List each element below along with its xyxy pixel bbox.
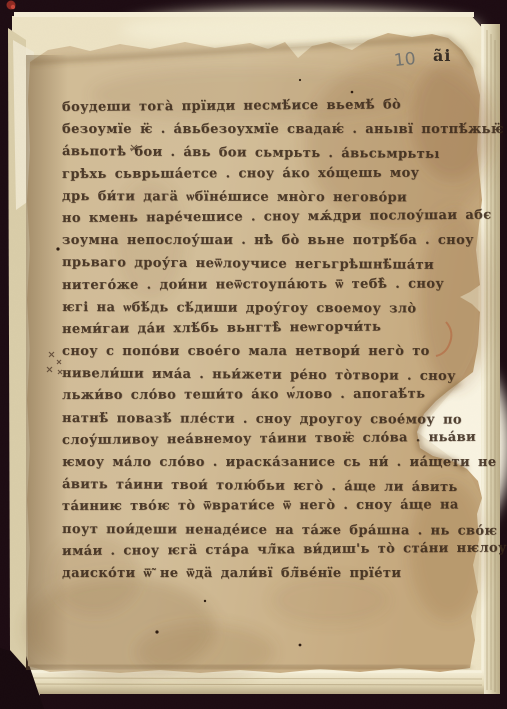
text-line: льжи́во сло́во теши́то а́ко ѡ́лово . апо… xyxy=(62,384,462,408)
text-line: нитего́же . дои́ни неѿстоупа́ють ѿ тебѣ̀… xyxy=(62,273,462,297)
text-line: слоу́шливоу неа́внемоу та́ини твоѥ̈ сло́… xyxy=(62,427,462,452)
red-speck xyxy=(7,1,16,10)
text-line: зоумна непослоу́шаи . нѣ бо̀ вьне потрѣ́… xyxy=(62,230,462,252)
manuscript-photo: 10 а̃і боудеши тога̀ прїиди несмѣ́исе вь… xyxy=(0,0,507,709)
text-line: даиско́ти ѿ̃ не ѿдӓ дали́вї бл̃ве́нїе пр… xyxy=(62,563,462,585)
cyrillic-folio-number: а̃і xyxy=(433,46,451,65)
text-line: сноу с попо́ви свое́го мала нетвори́ нег… xyxy=(62,341,462,363)
manuscript-text-block: боудеши тога̀ прїиди несмѣ́исе вьемѣ́ бо… xyxy=(62,97,462,585)
text-line: неми́гаи да́и хлѣ́бь вьнгтѣ̀ неѡгорчи́ть xyxy=(62,316,462,341)
text-line: грѣхь сьврьша́етсе . сноу а́ко хо́щешь м… xyxy=(62,162,462,186)
text-line: но кмень наре́чешисе . сноу мѫ́дри посло… xyxy=(62,205,462,230)
pencil-folio-number: 10 xyxy=(393,49,417,71)
text-line: боудеши тога̀ прїиди несмѣ́исе вьемѣ́ бо… xyxy=(62,94,462,119)
text-line: има́и . сноу ѥгӓ ста́ра чл̃ка ви́диш'ь т… xyxy=(62,538,462,563)
text-line: ѥмоу ма́ло сло́во . ираска́занисе сь ни́… xyxy=(62,452,462,474)
text-line: та́иниѥ тво́ѥ то̀ ѿврати́се ѿ него̀ . сн… xyxy=(62,495,462,519)
text-line: безоумїе ѥ̈ . а́вьбезоухмїе свадаѥ́ . ан… xyxy=(62,119,462,141)
